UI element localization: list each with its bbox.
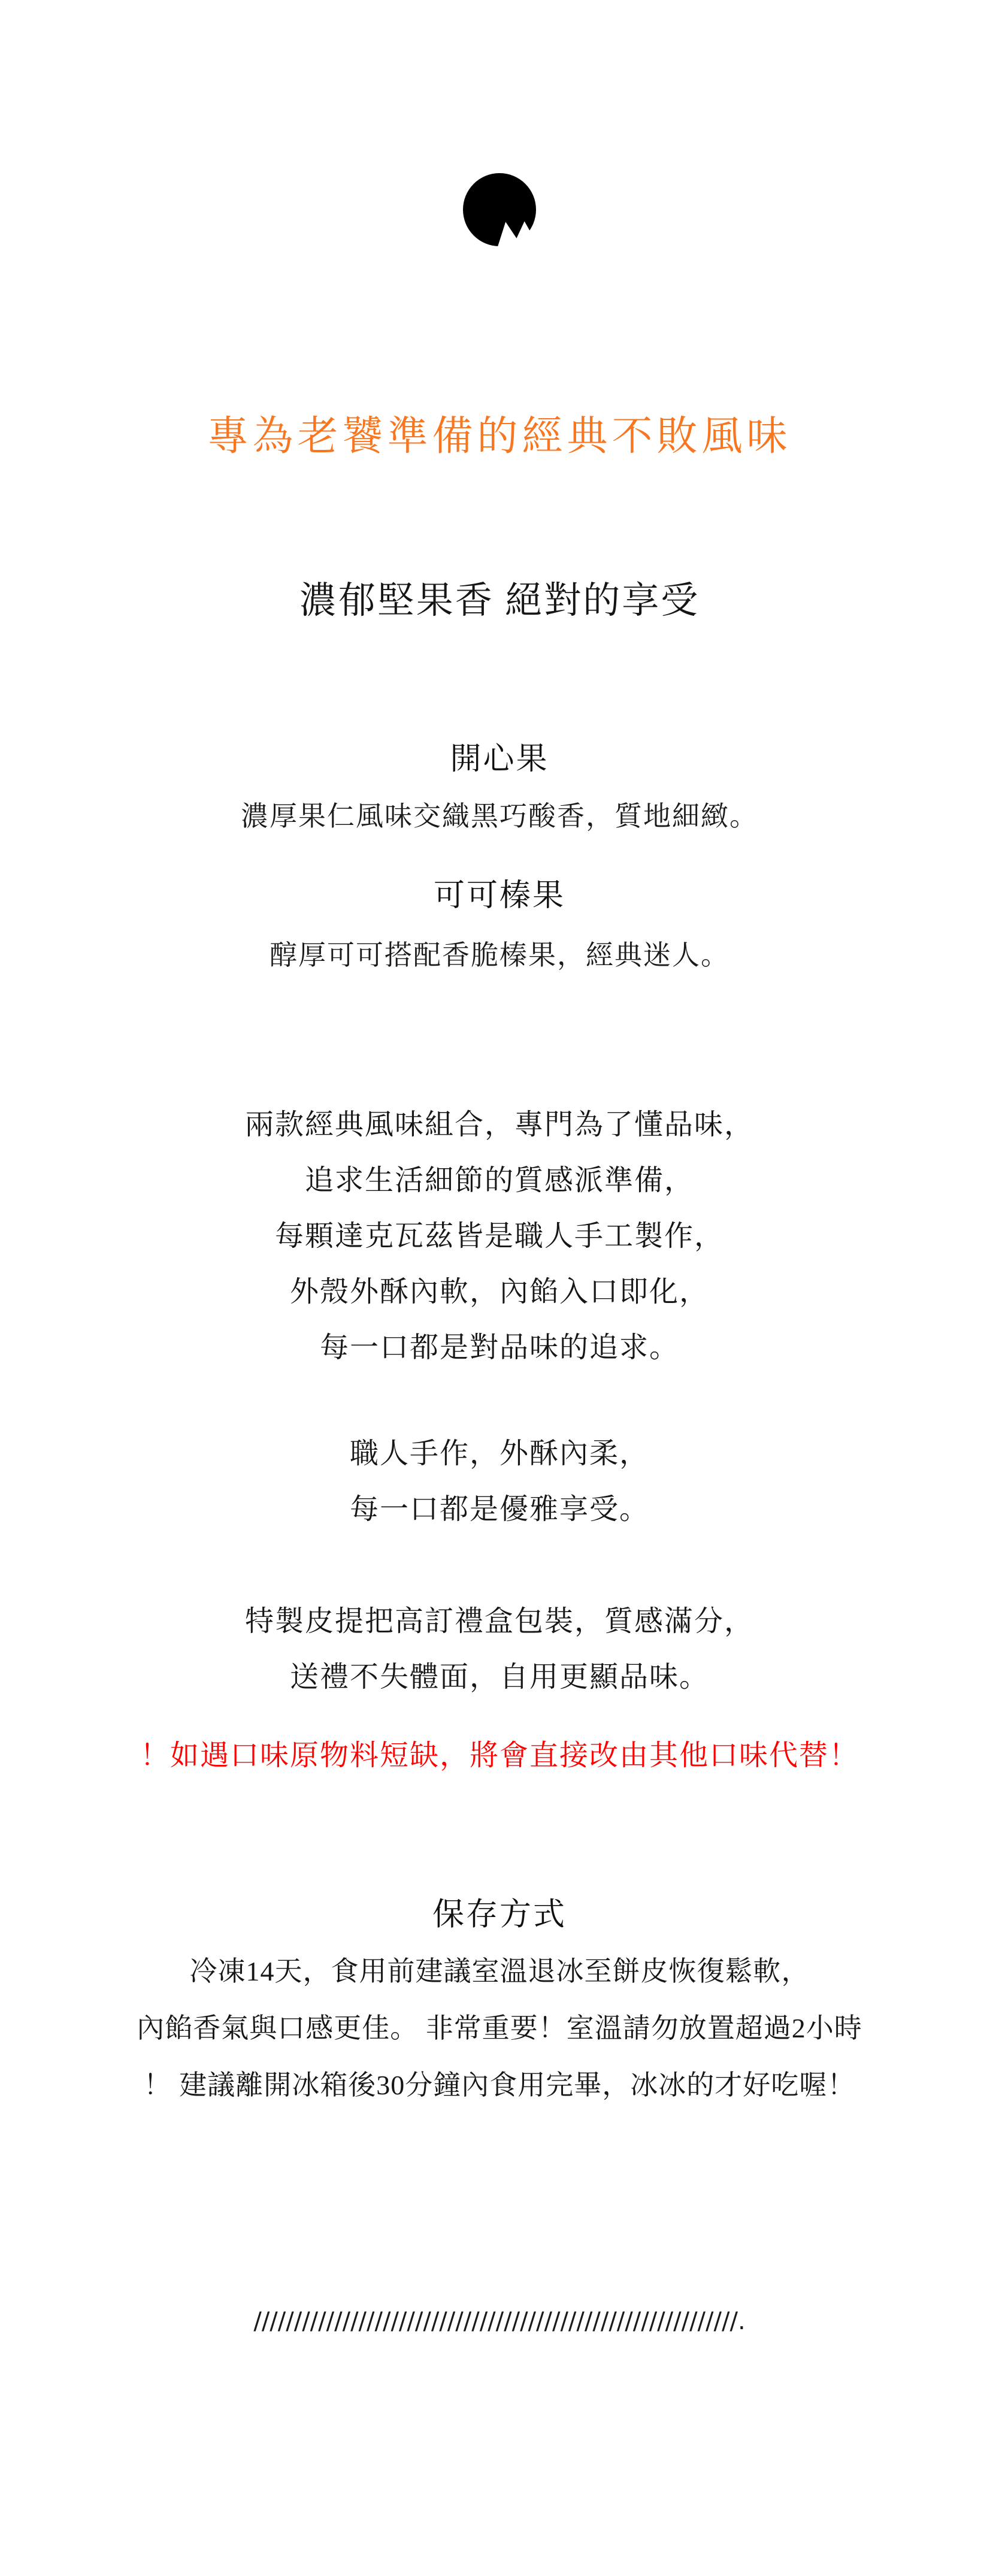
storage-instructions: 冷凍14天，食用前建議室溫退冰至餅皮恢復鬆軟， 內餡香氣與口感更佳。 非常重要！… [0,1943,999,2114]
story-line: 兩款經典風味組合，專門為了懂品味， [0,1097,999,1153]
storage-line: ！ 建議離開冰箱後30分鐘內食用完畢，冰冰的才好吃喔！ [0,2057,999,2114]
flavor-description-cocoa-hazelnut: 醇厚可可搭配香脆榛果，經典迷人。 [0,939,999,972]
story-line: 外殼外酥內軟，內餡入口即化， [0,1264,999,1320]
flavor-name-cocoa-hazelnut: 可可榛果 [0,878,999,915]
storage-section-title: 保存方式 [0,1896,999,1934]
slash-divider: ////////////////////////////////////////… [0,2308,999,2335]
bitten-cookie-icon [463,173,536,246]
story-paragraph: 兩款經典風味組合，專門為了懂品味， 追求生活細節的質感派準備， 每顆達克瓦茲皆是… [0,1097,999,1375]
substitution-notice: ！如遇口味原物料短缺，將會直接改由其他口味代替！ [0,1728,999,1783]
gift-line: 特製皮提把高訂禮盒包裝，質感滿分， [0,1594,999,1649]
flavor-description-pistachio: 濃厚果仁風味交織黑巧酸香，質地細緻。 [0,800,999,833]
page-subtitle: 濃郁堅果香 絕對的享受 [0,579,999,623]
craft-paragraph: 職人手作，外酥內柔， 每一口都是優雅享受。 [0,1426,999,1537]
product-description-page: 專為老饕準備的經典不敗風味 濃郁堅果香 絕對的享受 開心果 濃厚果仁風味交織黑巧… [0,0,999,2576]
storage-line: 冷凍14天，食用前建議室溫退冰至餅皮恢復鬆軟， [0,1943,999,2000]
brand-logo [0,173,999,246]
gift-line: 送禮不失體面，自用更顯品味。 [0,1649,999,1705]
page-title: 專為老饕準備的經典不敗風味 [0,412,999,461]
gift-paragraph: 特製皮提把高訂禮盒包裝，質感滿分， 送禮不失體面，自用更顯品味。 [0,1594,999,1705]
craft-line: 每一口都是優雅享受。 [0,1481,999,1537]
story-line: 每一口都是對品味的追求。 [0,1320,999,1375]
storage-line: 內餡香氣與口感更佳。 非常重要！室溫請勿放置超過2小時 [0,2000,999,2057]
flavor-name-pistachio: 開心果 [0,741,999,778]
craft-line: 職人手作，外酥內柔， [0,1426,999,1481]
story-line: 追求生活細節的質感派準備， [0,1153,999,1208]
story-line: 每顆達克瓦茲皆是職人手工製作， [0,1208,999,1264]
